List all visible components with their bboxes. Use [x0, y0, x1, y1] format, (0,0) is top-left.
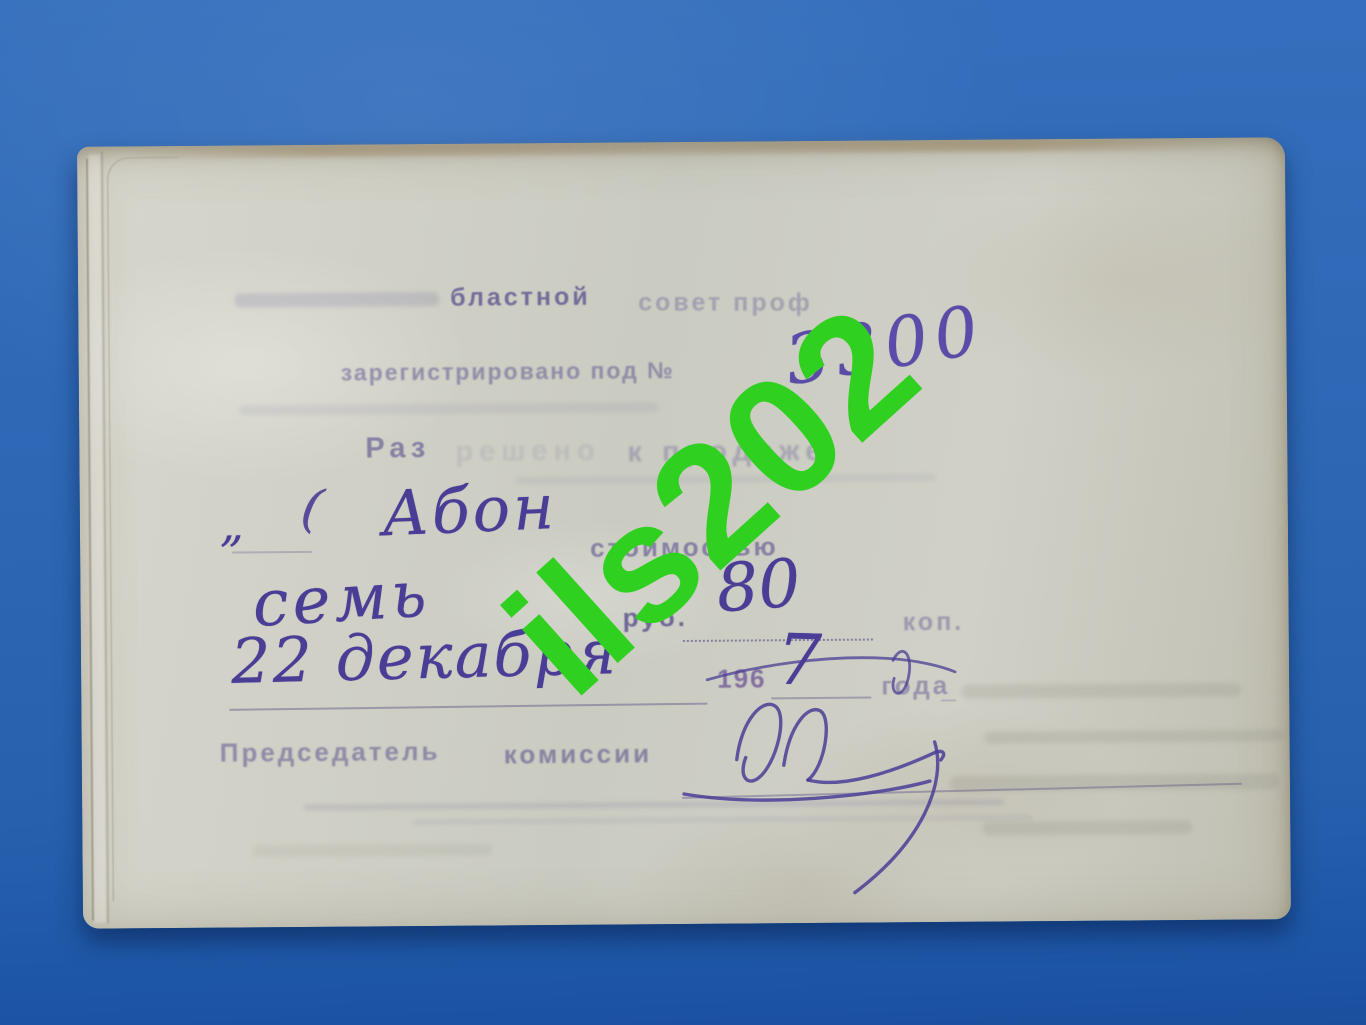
kop-label-stamp: коп.: [903, 608, 965, 637]
chairman-label-stamp: Председатель: [220, 736, 441, 769]
bleed-through-smudge: [252, 844, 492, 858]
permission-stamp: Раз: [365, 432, 430, 466]
bleed-through-smudge: [984, 729, 1284, 743]
header-stamp-fragment: бластной: [450, 283, 591, 313]
worn-top-edge: [125, 139, 1236, 159]
cover-crease: [107, 157, 184, 901]
pen-stroke: (: [297, 478, 327, 541]
photo-background: бластной совет проф зарегистрировано под…: [0, 0, 1366, 1025]
bleed-through-smudge: [961, 683, 1241, 699]
faded-stamp-smudge: [234, 292, 439, 308]
bleed-through-smudge: [982, 820, 1192, 836]
opening-quote-handwriting: „: [220, 497, 244, 551]
bleed-through-smudge: [950, 773, 1280, 792]
form-line: [232, 551, 312, 554]
